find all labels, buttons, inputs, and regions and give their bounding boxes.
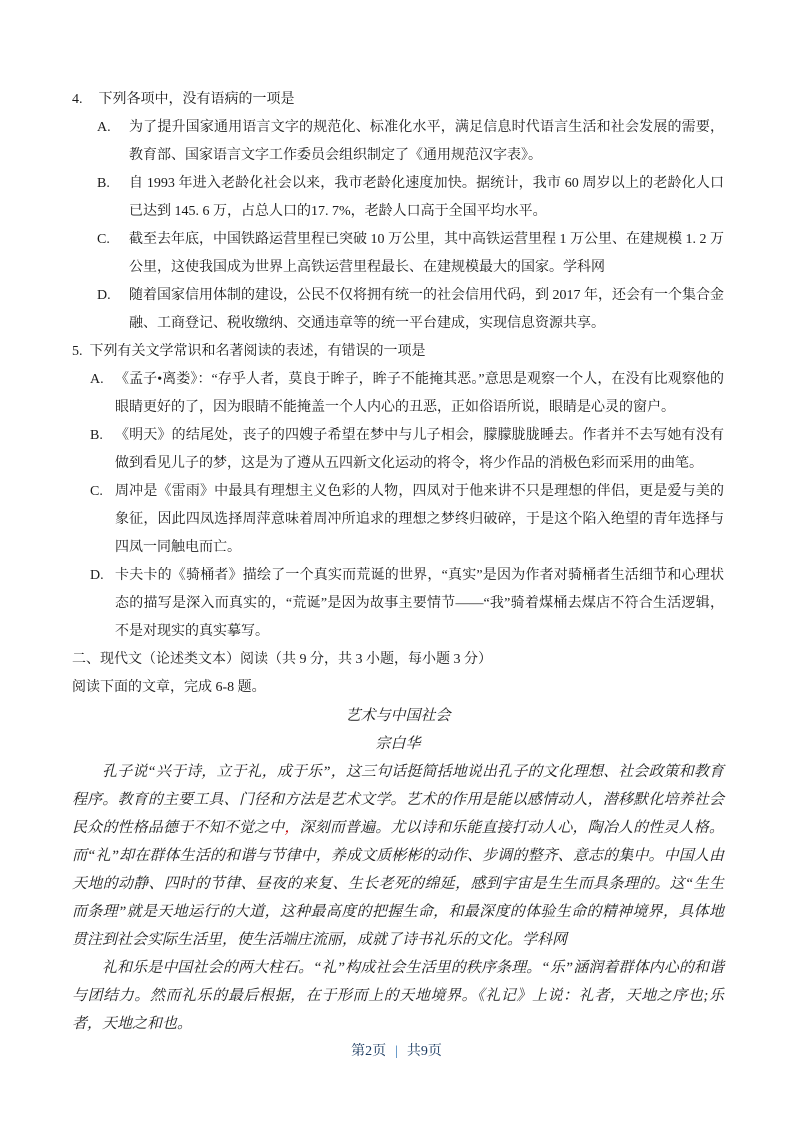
option-c-text: 截至去年底，中国铁路运营里程已突破 10 万公里，其中高铁运营里程 1 万公里、… — [129, 226, 724, 282]
question-5-option-b: B. 《明天》的结尾处，丧子的四嫂子希望在梦中与儿子相会，朦朦胧胧睡去。作者并不… — [90, 422, 724, 478]
red-proofreading-comma: ， — [284, 820, 299, 836]
option-a-text: 为了提升国家通用语言文字的规范化、标准化水平，满足信息时代语言生活和社会发展的需… — [129, 114, 724, 170]
article-title: 艺术与中国社会 — [72, 702, 724, 730]
exam-page: { "document": { "questions": [ { "number… — [0, 0, 793, 1122]
question-4-number: 4. — [72, 86, 83, 114]
question-4-stem-text: 下列各项中，没有语病的一项是 — [99, 92, 295, 107]
page-content: 4.下列各项中，没有语病的一项是 A. 为了提升国家通用语言文字的规范化、标准化… — [72, 86, 724, 1038]
question-4-option-b: B. 自 1993 年进入老龄化社会以来，我市老龄化速度加快。据统计，我市 60… — [97, 170, 724, 226]
article-author: 宗白华 — [72, 730, 724, 758]
option-a-label: A. — [90, 366, 115, 422]
question-5-option-c: C. 周冲是《雷雨》中最具有理想主义色彩的人物，四凤对于他来讲不只是理想的伴侣，… — [90, 478, 724, 562]
option-b-text: 《明天》的结尾处，丧子的四嫂子希望在梦中与儿子相会，朦朦胧胧睡去。作者并不去写她… — [115, 422, 724, 478]
option-d-label: D. — [97, 282, 129, 338]
option-c-text: 周冲是《雷雨》中最具有理想主义色彩的人物，四凤对于他来讲不只是理想的伴侣，更是爱… — [115, 478, 724, 562]
question-4-option-c: C. 截至去年底，中国铁路运营里程已突破 10 万公里，其中高铁运营里程 1 万… — [97, 226, 724, 282]
option-d-label: D. — [90, 562, 115, 646]
article-paragraph-2: 礼和乐是中国社会的两大柱石。“礼”构成社会生活里的秩序条理。“乐”涵润着群体内心… — [72, 954, 724, 1038]
option-c-label: C. — [97, 226, 129, 282]
option-a-text: 《孟子•离娄》：“存乎人者，莫良于眸子，眸子不能掩其恶。”意思是观察一个人，在没… — [115, 366, 724, 422]
option-b-label: B. — [97, 170, 129, 226]
option-b-label: B. — [90, 422, 115, 478]
reading-passage: 艺术与中国社会 宗白华 孔子说“兴于诗，立于礼，成于乐”，这三句话挺简括地说出孔… — [72, 702, 724, 1038]
question-5-option-d: D. 卡夫卡的《骑桶者》描绘了一个真实而荒诞的世界，“真实”是因为作者对骑桶者生… — [90, 562, 724, 646]
question-4-option-d: D. 随着国家信用体制的建设，公民不仅将拥有统一的社会信用代码，到 2017 年… — [97, 282, 724, 338]
question-4-stem: 4.下列各项中，没有语病的一项是 — [72, 86, 724, 114]
question-5-number: 5. — [72, 338, 83, 366]
question-5-option-a: A. 《孟子•离娄》：“存乎人者，莫良于眸子，眸子不能掩其恶。”意思是观察一个人… — [90, 366, 724, 422]
article-paragraph-1: 孔子说“兴于诗，立于礼，成于乐”，这三句话挺简括地说出孔子的文化理想、社会政策和… — [72, 758, 724, 954]
option-d-text: 卡夫卡的《骑桶者》描绘了一个真实而荒诞的世界，“真实”是因为作者对骑桶者生活细节… — [115, 562, 724, 646]
footer-total-pages: 共9页 — [407, 1044, 442, 1059]
page-footer: 第2页|共9页 — [0, 1038, 793, 1066]
option-c-label: C. — [90, 478, 115, 562]
question-5: 5.下列有关文学常识和名著阅读的表述，有错误的一项是 A. 《孟子•离娄》：“存… — [72, 338, 724, 646]
section-instruction: 阅读下面的文章，完成 6-8 题。 — [72, 674, 724, 702]
section-heading: 二、现代文（论述类文本）阅读（共 9 分，共 3 小题，每小题 3 分） — [72, 646, 724, 674]
option-a-label: A. — [97, 114, 129, 170]
footer-separator: | — [386, 1044, 407, 1059]
option-b-text: 自 1993 年进入老龄化社会以来，我市老龄化速度加快。据统计，我市 60 周岁… — [129, 170, 724, 226]
footer-page-number: 第2页 — [351, 1044, 386, 1059]
question-5-stem: 5.下列有关文学常识和名著阅读的表述，有错误的一项是 — [72, 338, 724, 366]
question-4-option-a: A. 为了提升国家通用语言文字的规范化、标准化水平，满足信息时代语言生活和社会发… — [97, 114, 724, 170]
option-d-text: 随着国家信用体制的建设，公民不仅将拥有统一的社会信用代码，到 2017 年，还会… — [129, 282, 724, 338]
question-4: 4.下列各项中，没有语病的一项是 A. 为了提升国家通用语言文字的规范化、标准化… — [72, 86, 724, 338]
paragraph-1-text-after: 深刻而普遍。尤以诗和乐能直接打动人心，陶冶人的性灵人格。而“礼”却在群体生活的和… — [72, 820, 724, 948]
question-5-stem-text: 下列有关文学常识和名著阅读的表述，有错误的一项是 — [90, 344, 426, 359]
